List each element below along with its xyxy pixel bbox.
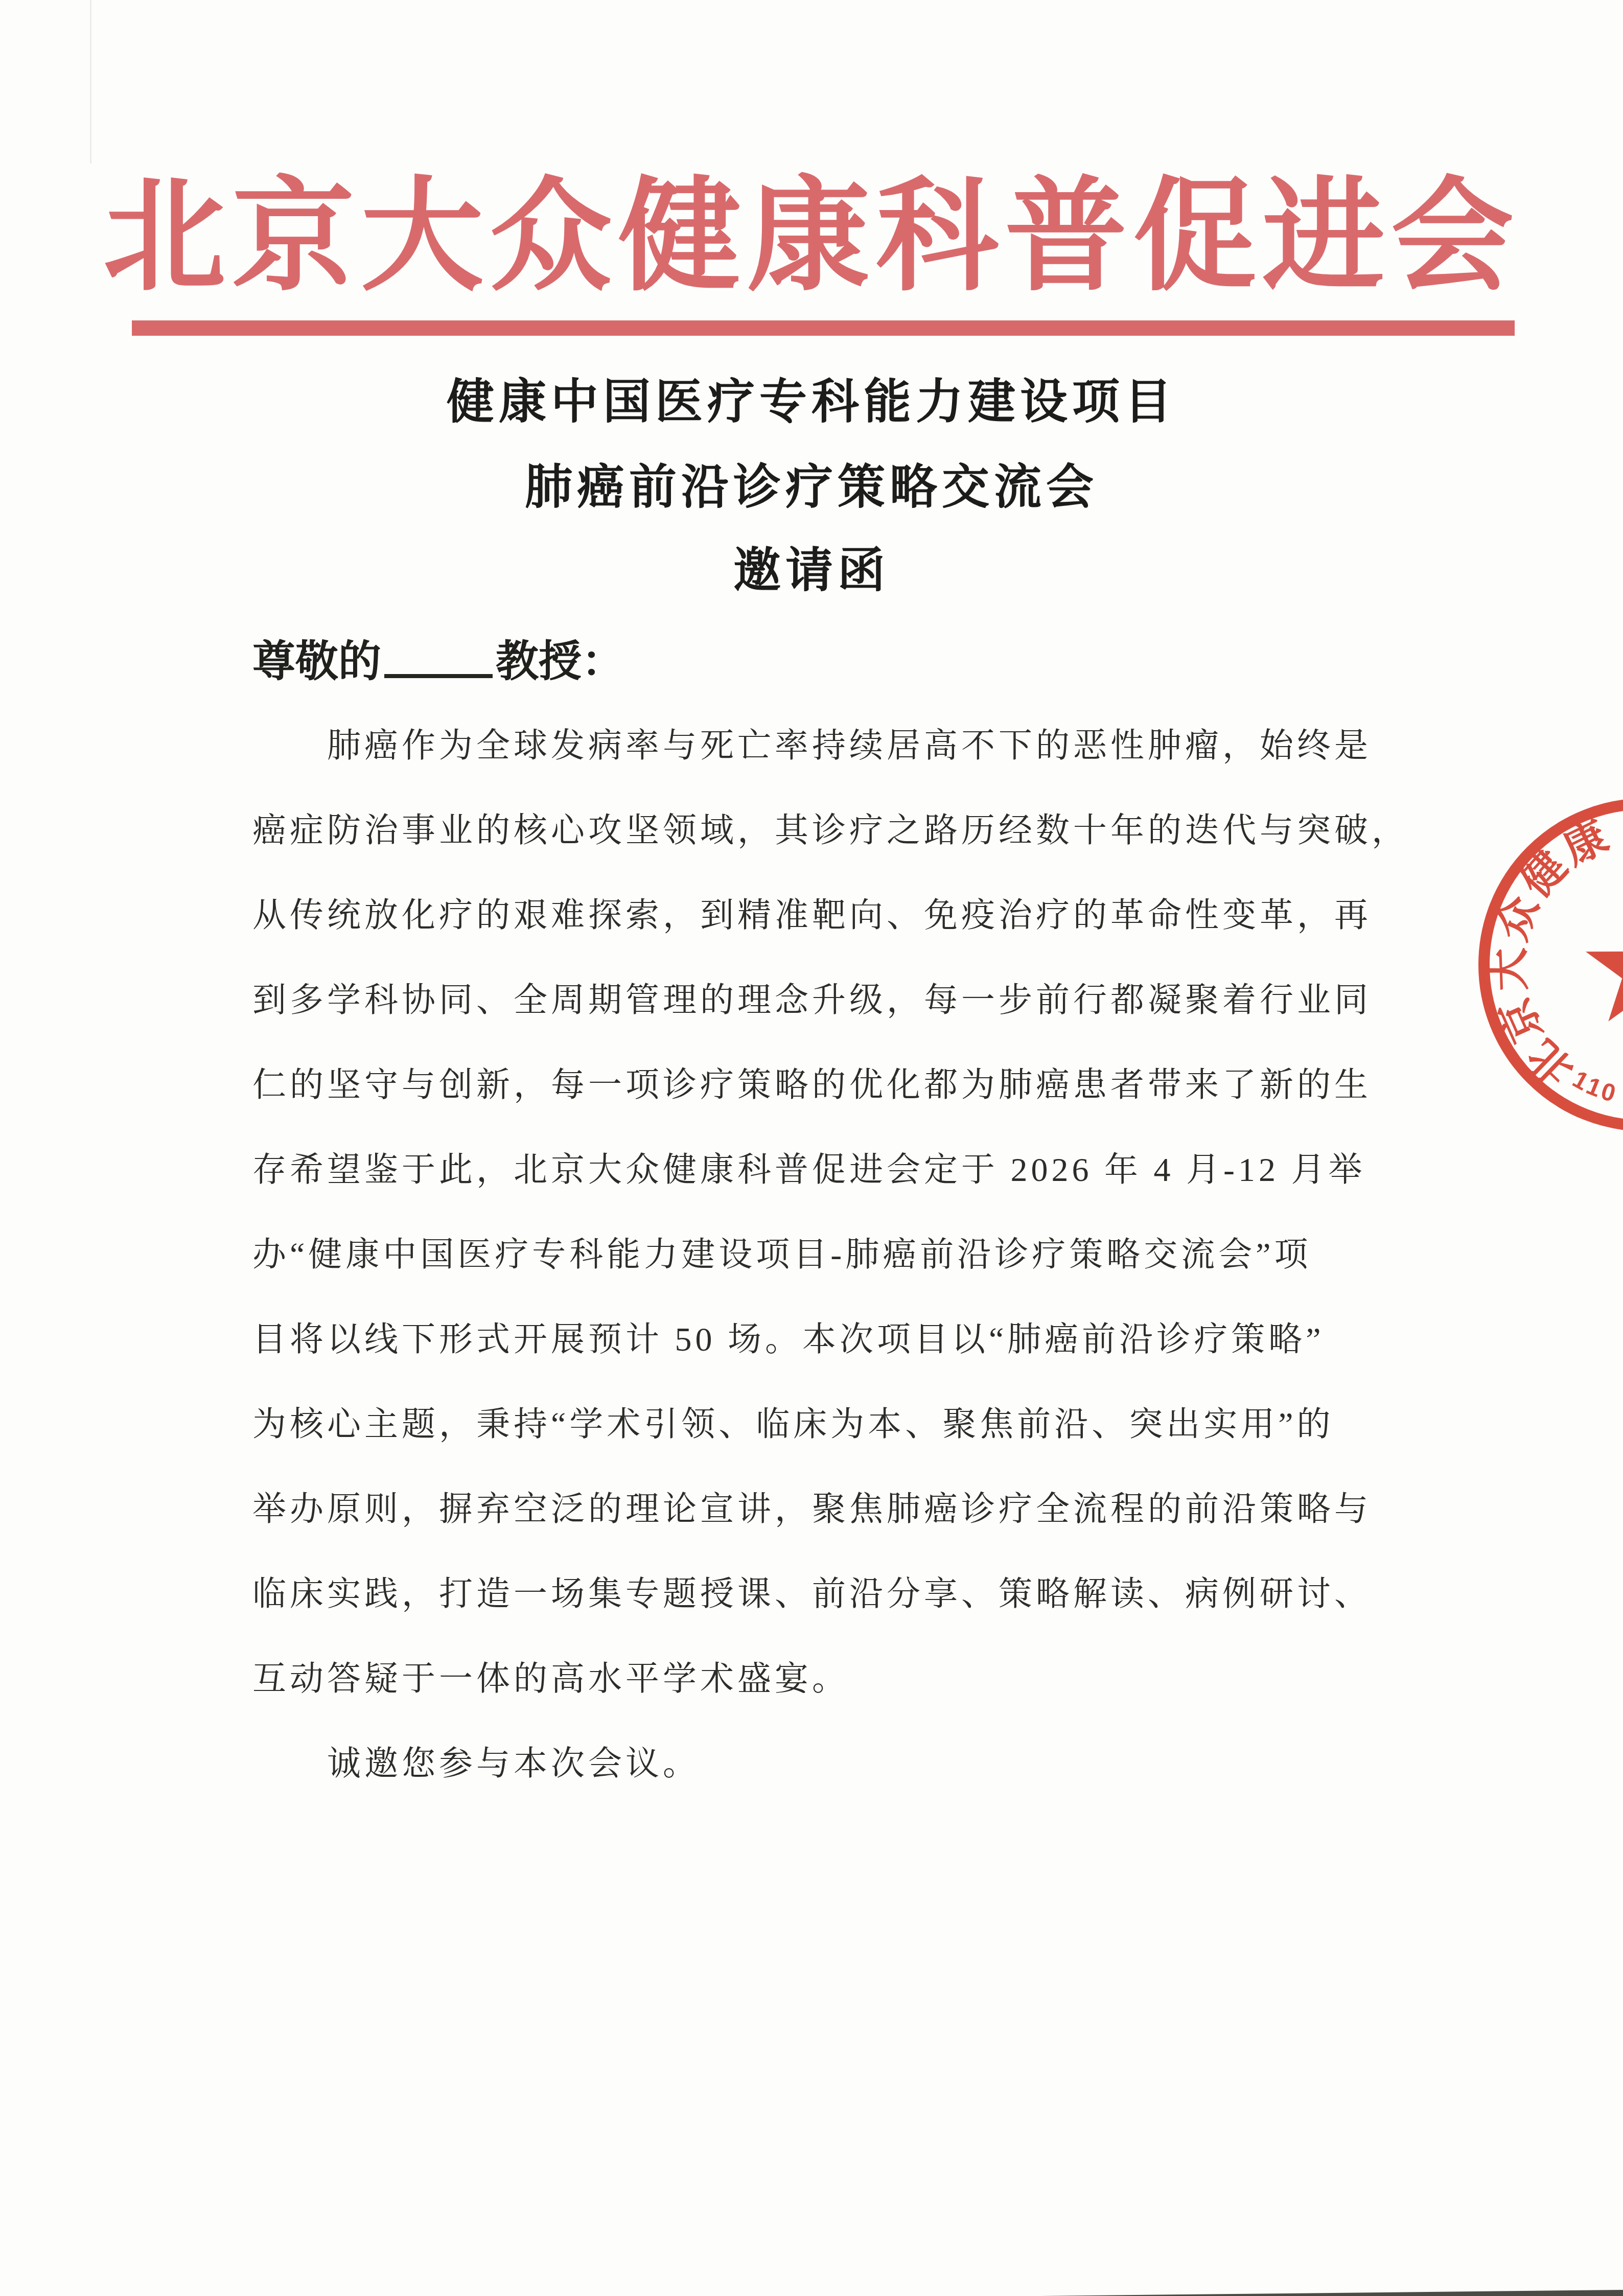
doc-title-invitation: 邀请函 xyxy=(0,545,1623,598)
salutation: 尊敬的教授： xyxy=(252,638,624,687)
scan-streak-artifact xyxy=(90,0,91,164)
closing-line: 诚邀您参与本次会议。 xyxy=(252,1722,1494,1806)
official-seal: 北 京 大 众 健 康 1 1 0 xyxy=(1421,731,1623,1201)
body-line: 为核心主题，秉持“学术引领、临床为本、聚焦前沿、突出实用”的 xyxy=(252,1382,1494,1467)
body-line: 举办原则，摒弃空泛的理论宣讲，聚焦肺癌诊疗全流程的前沿策略与 xyxy=(252,1467,1494,1552)
seal-ring-char: 大 xyxy=(1485,947,1534,991)
body-line: 仁的坚守与创新，每一项诊疗策略的优化都为肺癌患者带来了新的生 xyxy=(252,1043,1494,1128)
salutation-prefix: 尊敬的 xyxy=(252,638,381,686)
body-line: 互动答疑于一体的高水平学术盛宴。 xyxy=(252,1637,1494,1722)
name-blank-underline xyxy=(384,642,493,678)
body-line: 肺癌作为全球发病率与死亡率持续居高不下的恶性肿瘤，始终是 xyxy=(252,704,1494,788)
doc-title-meeting: 肺癌前沿诊疗策略交流会 xyxy=(0,461,1623,515)
scan-edge-artifact xyxy=(1040,2290,1623,2296)
doc-title-project: 健康中国医疗专科能力建设项目 xyxy=(0,376,1623,429)
body-line: 到多学科协同、全周期管理的理念升级，每一步前行都凝聚着行业同 xyxy=(252,958,1494,1043)
letter-body: 肺癌作为全球发病率与死亡率持续居高不下的恶性肿瘤，始终是 癌症防治事业的核心攻坚… xyxy=(252,704,1494,1806)
body-line: 临床实践，打造一场集专题授课、前沿分享、策略解读、病例研讨、 xyxy=(252,1552,1494,1637)
scanned-invitation-page: 北京大众健康科普促进会 健康中国医疗专科能力建设项目 肺癌前沿诊疗策略交流会 邀… xyxy=(0,0,1623,2296)
letterhead-rule xyxy=(132,320,1515,336)
body-line: 目将以线下形式开展预计 50 场。本次项目以“肺癌前沿诊疗策略” xyxy=(252,1297,1494,1382)
salutation-suffix: 教授： xyxy=(496,638,624,686)
body-line: 癌症防治事业的核心攻坚领域，其诊疗之路历经数十年的迭代与突破， xyxy=(252,788,1494,873)
letterhead-org-name: 北京大众健康科普促进会 xyxy=(0,173,1623,302)
body-line: 从传统放化疗的艰难探索，到精准靶向、免疫治疗的革命性变革，再 xyxy=(252,873,1494,958)
seal-star-icon xyxy=(1586,909,1623,1022)
body-line: 存希望鉴于此，北京大众健康科普促进会定于 2026 年 4 月-12 月举 xyxy=(252,1128,1494,1213)
body-line: 办“健康中国医疗专科能力建设项目-肺癌前沿诊疗策略交流会”项 xyxy=(252,1213,1494,1297)
